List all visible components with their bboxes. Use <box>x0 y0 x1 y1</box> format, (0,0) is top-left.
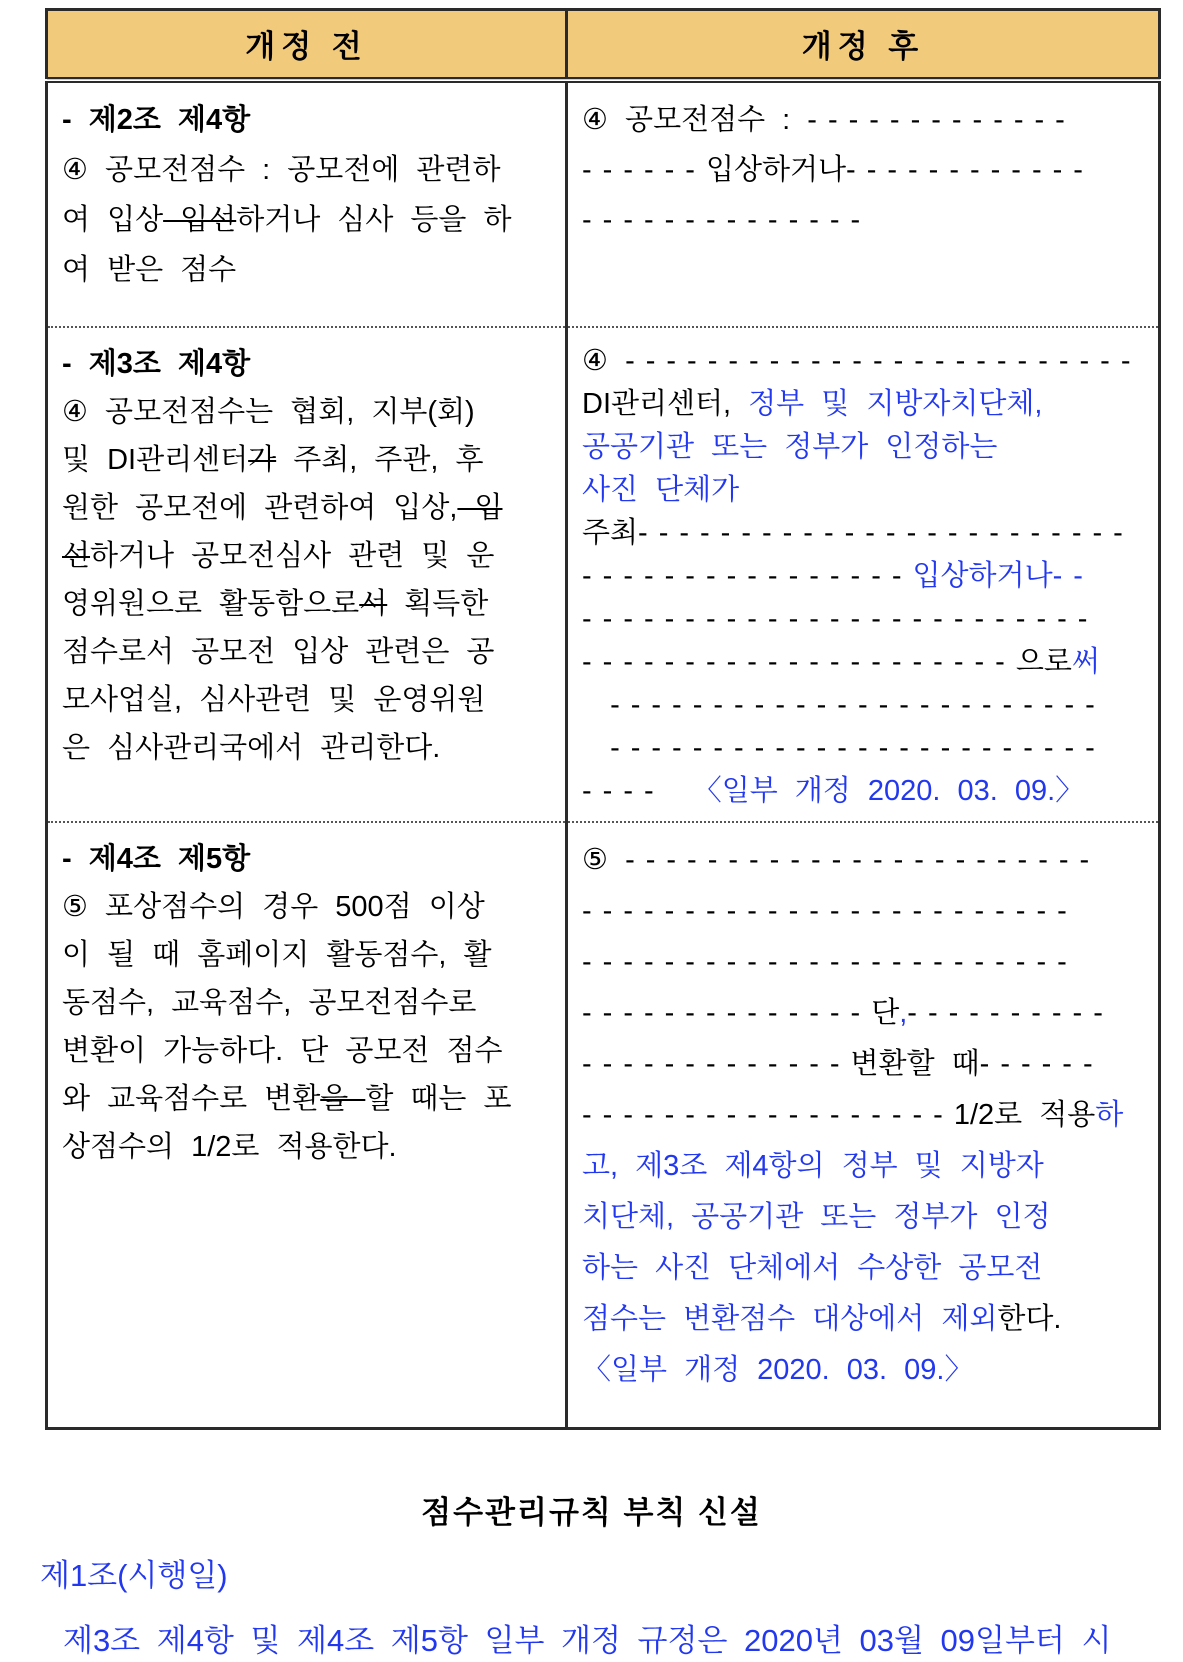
text-line: 공공기관 또는 정부가 인정하는 <box>582 426 1146 469</box>
text-run: ------------------------ <box>582 689 1106 721</box>
text-line: ⑤ ----------------------- <box>582 835 1146 886</box>
added-text-run: 치단체, 공공기관 또는 정부가 인정 <box>582 1201 1050 1233</box>
header-before-revision: 개정 전 <box>47 10 567 80</box>
text-line: ---- 〈일부 개정 2020. 03. 09.〉 <box>582 770 1146 813</box>
text-line: --------------단,---------- <box>582 988 1146 1039</box>
appendix-enforcement-text: 제3조 제4항 및 제4조 제5항 일부 개정 규정은 2020년 03월 09… <box>63 1615 1173 1660</box>
appendix-title: 점수관리규칙 부칙 신설 <box>0 1487 1183 1532</box>
text-line: ----------------입상하거나-- <box>582 555 1146 598</box>
text-line: -------------- <box>582 195 1146 245</box>
text-run: 와 교육점수로 변환 <box>62 1083 320 1115</box>
text-line: 여 입상 입선하거나 심사 등을 하 <box>62 195 553 245</box>
added-text-run: 정부 및 지방자치단체, <box>748 388 1042 420</box>
text-run: ④ 공모전점수 : 공모전에 관련하 <box>62 154 500 186</box>
text-run: 한다. <box>997 1303 1061 1335</box>
added-text-run: 입상하거나 <box>913 560 1053 592</box>
text-line: ④ 공모전점수 : ------------- <box>582 95 1146 145</box>
added-text-run: 점수는 변환점수 대상에서 제외 <box>582 1303 997 1335</box>
text-run: 이 될 때 홈페이지 활동점수, 활 <box>62 939 492 971</box>
text-run: - 제3조 제4항 <box>62 348 250 380</box>
text-run: ----------------------- <box>625 844 1100 876</box>
added-text-run: 공공기관 또는 정부가 인정하는 <box>582 431 997 463</box>
text-run: 주최, 주관, 후 <box>276 444 483 476</box>
appendix-article-1: 제1조(시행일) <box>40 1550 228 1595</box>
text-line: - 제3조 제4항 <box>62 340 553 388</box>
text-run: 주최 <box>582 517 638 549</box>
cell-article2-4-after: ④ 공모전점수 : -------------------입상하거나------… <box>567 80 1160 327</box>
text-run: 원한 공모전에 관련하여 입상, <box>62 492 457 524</box>
text-run: ④ 공모전점수 : <box>582 104 807 136</box>
revision-comparison-document: 개정 전 개정 후 - 제2조 제4항④ 공모전점수 : 공모전에 관련하여 입… <box>0 0 1183 1662</box>
text-line: 점수는 변환점수 대상에서 제외한다. <box>582 1294 1146 1345</box>
added-text-run: 〈일부 개정 2020. 03. 09.〉 <box>693 775 1084 807</box>
text-run: ---------- <box>907 997 1114 1029</box>
text-line: ------입상하거나------------ <box>582 145 1146 195</box>
text-line: - 제4조 제5항 <box>62 835 553 883</box>
deleted-text-run: 입선 <box>163 204 236 236</box>
text-line: 〈일부 개정 2020. 03. 09.〉 <box>582 1345 1146 1396</box>
text-line: - 제2조 제4항 <box>62 95 553 145</box>
text-line: ④ 공모전점수 : 공모전에 관련하 <box>62 145 553 195</box>
cell-article3-4-before: - 제3조 제4항④ 공모전점수는 협회, 지부(회)및 DI관리센터가 주최,… <box>47 327 567 822</box>
text-line: 이 될 때 홈페이지 활동점수, 활 <box>62 931 553 979</box>
text-run: ---------------- <box>582 560 913 592</box>
deleted-text-run: 서 <box>359 588 387 620</box>
text-line: 모사업실, 심사관련 및 운영위원 <box>62 676 553 724</box>
table-row-article3-4: - 제3조 제4항④ 공모전점수는 협회, 지부(회)및 DI관리센터가 주최,… <box>47 327 1160 822</box>
cell-article3-4-after: ④ -------------------------DI관리센터, 정부 및 … <box>567 327 1160 822</box>
text-run: 변환할 때 <box>851 1048 980 1080</box>
text-run: 할 때는 포 <box>365 1083 511 1115</box>
text-line: ------------------------ <box>582 937 1146 988</box>
text-line: 원한 공모전에 관련하여 입상, 입 <box>62 484 553 532</box>
text-line: ------------------------- <box>582 598 1146 641</box>
added-text-run: 써 <box>1072 646 1100 678</box>
text-line: 와 교육점수로 변환을 할 때는 포 <box>62 1075 553 1123</box>
text-run: 획득한 <box>387 588 488 620</box>
text-run: 여 입상 <box>62 204 163 236</box>
cell-article4-5-before: - 제4조 제5항⑤ 포상점수의 경우 500점 이상이 될 때 홈페이지 활동… <box>47 822 567 1429</box>
text-run: ------------------------- <box>625 345 1141 377</box>
table-header-row: 개정 전 개정 후 <box>47 10 1160 80</box>
text-run: 및 DI관리센터 <box>62 444 248 476</box>
text-line: 고, 제3조 제4항의 정부 및 지방자 <box>582 1141 1146 1192</box>
added-text-run: -- <box>1053 560 1094 592</box>
text-line: 변환이 가능하다. 단 공모전 점수 <box>62 1027 553 1075</box>
text-line: 영위원으로 활동함으로서 획득한 <box>62 580 553 628</box>
table-row-article4-5: - 제4조 제5항⑤ 포상점수의 경우 500점 이상이 될 때 홈페이지 활동… <box>47 822 1160 1429</box>
text-line: 하는 사진 단체에서 수상한 공모전 <box>582 1243 1146 1294</box>
text-line: 치단체, 공공기관 또는 정부가 인정 <box>582 1192 1146 1243</box>
text-run: -------------- <box>582 997 871 1029</box>
text-line: ④ 공모전점수는 협회, 지부(회) <box>62 388 553 436</box>
text-line: 상점수의 1/2로 적용한다. <box>62 1123 553 1171</box>
text-run: --------------------- <box>582 646 1016 678</box>
deleted-text-run: 가 <box>248 444 276 476</box>
text-run: ④ <box>582 345 625 377</box>
text-run: 여 받은 점수 <box>62 254 236 286</box>
text-line: 및 DI관리센터가 주최, 주관, 후 <box>62 436 553 484</box>
text-line: 은 심사관리국에서 관리한다. <box>62 724 553 772</box>
revision-comparison-table: 개정 전 개정 후 - 제2조 제4항④ 공모전점수 : 공모전에 관련하여 입… <box>45 8 1161 1430</box>
text-run: 변환이 가능하다. 단 공모전 점수 <box>62 1035 502 1067</box>
text-line: 주최------------------------ <box>582 512 1146 555</box>
text-run: - 제4조 제5항 <box>62 843 250 875</box>
text-run: ------------------------ <box>582 732 1106 764</box>
text-run: 상점수의 1/2로 적용한다. <box>62 1131 397 1163</box>
text-line: ④ ------------------------- <box>582 340 1146 383</box>
text-run: 동점수, 교육점수, 공모전점수로 <box>62 987 476 1019</box>
cell-article4-5-after: ⑤ --------------------------------------… <box>567 822 1160 1429</box>
text-run: -------------- <box>582 204 871 236</box>
text-line: ---------------------으로써 <box>582 641 1146 684</box>
deleted-text-run: 입 <box>457 492 502 524</box>
text-run: - 제2조 제4항 <box>62 104 250 136</box>
text-line: 여 받은 점수 <box>62 245 553 295</box>
text-run: ---- <box>582 775 693 807</box>
text-run: ------------------------ <box>582 895 1078 927</box>
text-line: 동점수, 교육점수, 공모전점수로 <box>62 979 553 1027</box>
text-line: ------------------------ <box>582 727 1146 770</box>
cell-article2-4-before: - 제2조 제4항④ 공모전점수 : 공모전에 관련하여 입상 입선하거나 심사… <box>47 80 567 327</box>
text-line: ⑤ 포상점수의 경우 500점 이상 <box>62 883 553 931</box>
text-run: ------------- <box>582 1048 851 1080</box>
text-run: 입상하거나 <box>706 154 846 186</box>
text-line: -------------변환할 때------ <box>582 1039 1146 1090</box>
text-run: ------ <box>582 154 706 186</box>
text-run: 하거나 심사 등을 하 <box>236 204 511 236</box>
table-row-article2-4: - 제2조 제4항④ 공모전점수 : 공모전에 관련하여 입상 입선하거나 심사… <box>47 80 1160 327</box>
text-line: 점수로서 공모전 입상 관련은 공 <box>62 628 553 676</box>
text-run: 단 <box>871 997 899 1029</box>
text-run: 하거나 공모전심사 관련 및 운 <box>90 540 494 572</box>
added-text-run: 하는 사진 단체에서 수상한 공모전 <box>582 1252 1042 1284</box>
added-text-run: 사진 단체가 <box>582 474 739 506</box>
text-run: ------------------ <box>582 1099 954 1131</box>
text-run: DI관리센터, <box>582 388 748 420</box>
text-run: 1/2로 적용 <box>954 1099 1095 1131</box>
added-text-run: 고, 제3조 제4항의 정부 및 지방자 <box>582 1150 1044 1182</box>
text-run: ------------------------ <box>582 946 1078 978</box>
deleted-text-run: 을 <box>320 1083 365 1115</box>
text-line: DI관리센터, 정부 및 지방자치단체, <box>582 383 1146 426</box>
text-line: ------------------1/2로 적용하 <box>582 1090 1146 1141</box>
text-run: 점수로서 공모전 입상 관련은 공 <box>62 636 494 668</box>
text-run: 으로 <box>1016 646 1072 678</box>
text-run: ------------------------ <box>638 517 1134 549</box>
text-run: ------------- <box>807 104 1076 136</box>
text-run: ⑤ <box>582 844 625 876</box>
text-run: ------------------------- <box>582 603 1098 635</box>
text-run: 모사업실, 심사관련 및 운영위원 <box>62 684 485 716</box>
added-text-run: 하 <box>1095 1099 1123 1131</box>
added-text-run: 〈일부 개정 2020. 03. 09.〉 <box>582 1354 973 1386</box>
deleted-text-run: 선 <box>62 540 90 572</box>
text-run: 영위원으로 활동함으로 <box>62 588 359 620</box>
text-line: 선하거나 공모전심사 관련 및 운 <box>62 532 553 580</box>
header-after-revision: 개정 후 <box>567 10 1160 80</box>
text-run: ------ <box>980 1048 1104 1080</box>
text-line: 사진 단체가 <box>582 469 1146 512</box>
text-run: ------------ <box>846 154 1094 186</box>
text-line: ------------------------ <box>582 886 1146 937</box>
text-run: ⑤ 포상점수의 경우 500점 이상 <box>62 891 485 923</box>
text-run: ④ 공모전점수는 협회, 지부(회) <box>62 396 475 428</box>
text-run: 은 심사관리국에서 관리한다. <box>62 732 440 764</box>
text-line: ------------------------ <box>582 684 1146 727</box>
